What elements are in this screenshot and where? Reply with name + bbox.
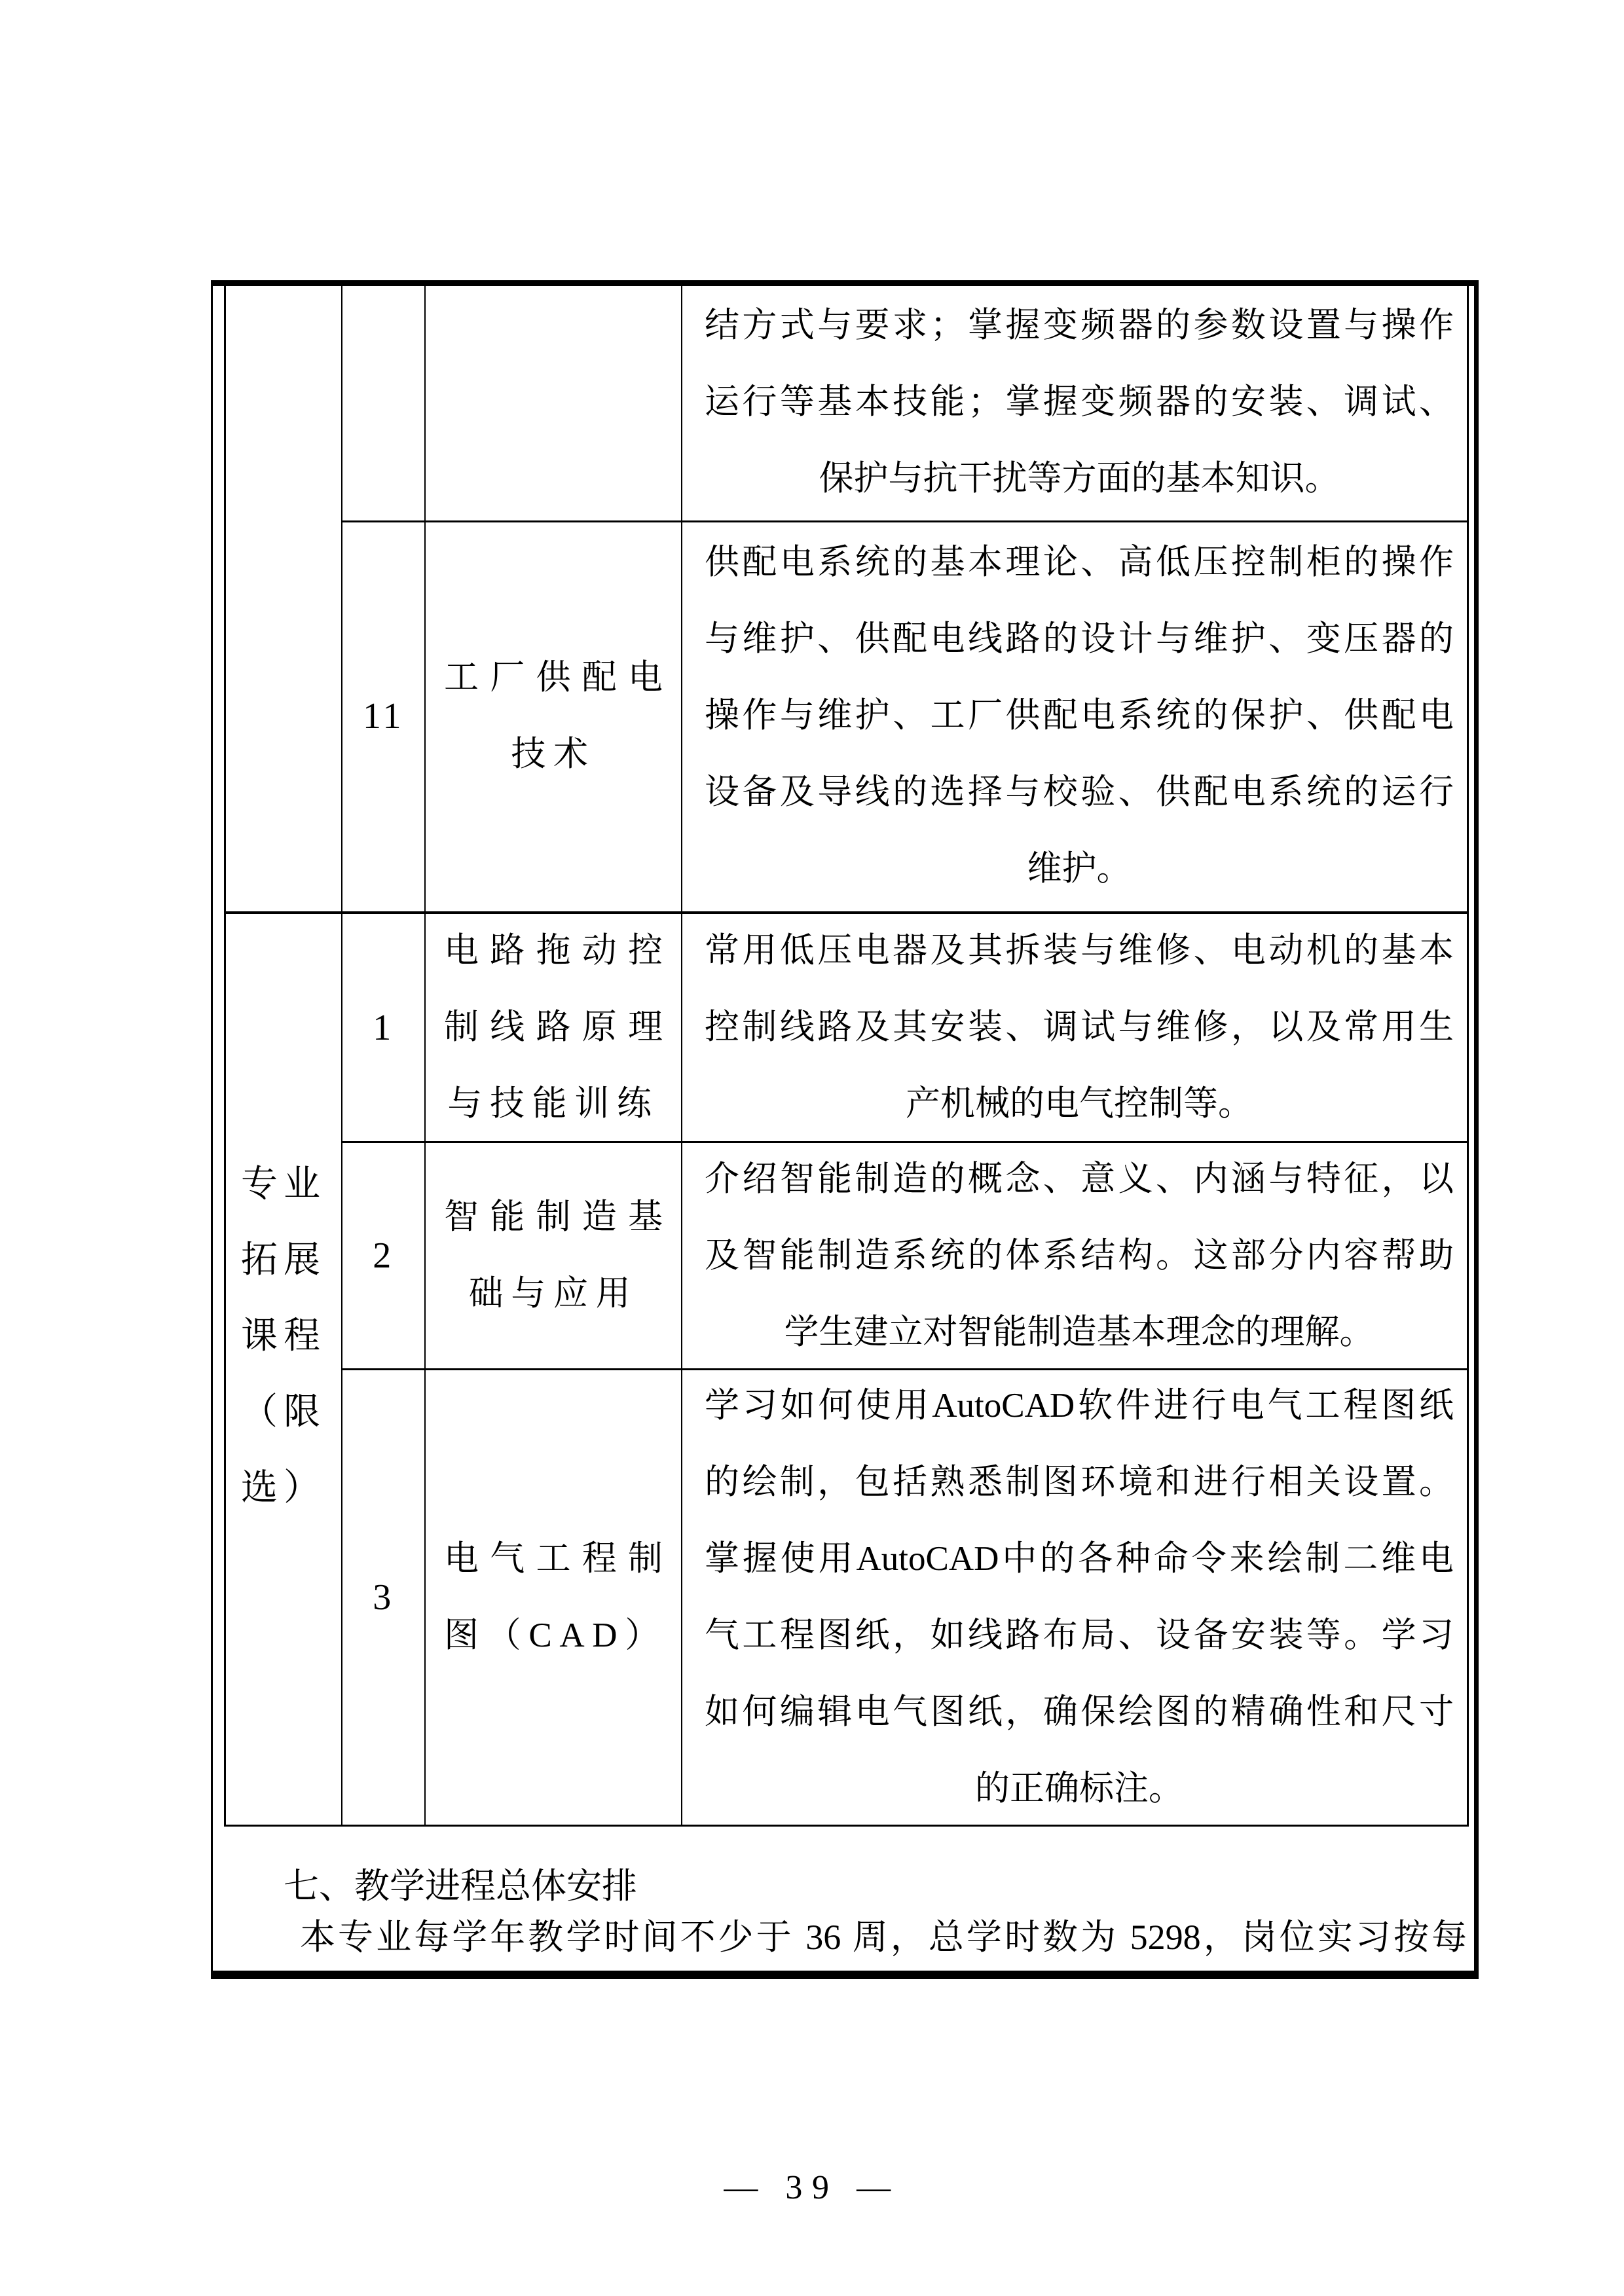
text-line: 维护。 [705, 831, 1454, 907]
page-number: — 39 — [0, 2168, 1624, 2207]
text-line: 图（CAD） [444, 1597, 663, 1674]
text-line: 智能制造基 [444, 1179, 663, 1256]
text-line: （限 [241, 1374, 326, 1450]
text-line: 础与应用 [444, 1256, 663, 1332]
text-line: 的绘制，包括熟悉制图环境和进行相关设置。 [705, 1444, 1454, 1521]
text-line: 结方式与要求；掌握变频器的参数设置与操作 [705, 287, 1454, 364]
text-line: 介绍智能制造的概念、意义、内涵与特征，以 [705, 1141, 1454, 1218]
text-line: 运行等基本技能；掌握变频器的安装、调试、 [705, 364, 1454, 441]
cell-index-11: 11 [342, 520, 424, 911]
cell-category-expansion: 专业拓展课程（限选） [226, 914, 341, 1825]
cell-description-continuation: 结方式与要求；掌握变频器的参数设置与操作运行等基本技能；掌握变频器的安装、调试、… [682, 284, 1467, 520]
text-line: 常用低压电器及其拆装与维修、电动机的基本 [705, 913, 1454, 989]
text-line: 学生建立对智能制造基本理念的理解。 [705, 1294, 1454, 1371]
cell-index-1: 1 [342, 914, 424, 1141]
cell-course-name-11: 工厂供配电技术 [426, 520, 681, 911]
cell-index-3: 3 [342, 1370, 424, 1825]
section-heading-teaching-schedule: 七、教学进程总体安排 [284, 1863, 637, 1909]
text-line: 控制线路及其安装、调试与维修，以及常用生 [705, 989, 1454, 1066]
text-line: 课程 [241, 1298, 326, 1374]
text-line: 电气工程制 [444, 1521, 663, 1597]
text-line: 产机械的电气控制等。 [705, 1066, 1454, 1142]
text-line: 供配电系统的基本理论、高低压控制柜的操作 [705, 524, 1454, 601]
text-line: 学习如何使用AutoCAD软件进行电气工程图纸 [705, 1368, 1454, 1444]
text-line: 保护与抗干扰等方面的基本知识。 [705, 441, 1454, 517]
text-line: 操作与维护、工厂供配电系统的保护、供配电 [705, 678, 1454, 754]
text-line: 设备及导线的选择与校验、供配电系统的运行 [705, 754, 1454, 831]
cell-description-3: 学习如何使用AutoCAD软件进行电气工程图纸的绘制，包括熟悉制图环境和进行相关… [682, 1370, 1467, 1825]
cell-index-2: 2 [342, 1143, 424, 1368]
text-line: 拓展 [241, 1222, 326, 1298]
text-line: 选） [241, 1450, 326, 1526]
text-line: 技术 [444, 716, 663, 793]
text-line: 工厂供配电 [444, 640, 663, 716]
text-line: 与维护、供配电线路的设计与维护、变压器的 [705, 601, 1454, 678]
table-right-border [1467, 282, 1469, 1827]
cell-course-name-3: 电气工程制图（CAD） [426, 1370, 681, 1825]
text-line: 的正确标注。 [705, 1751, 1454, 1827]
cell-description-1: 常用低压电器及其拆装与维修、电动机的基本控制线路及其安装、调试与维修，以及常用生… [682, 914, 1467, 1141]
text-line: 如何编辑电气图纸，确保绘图的精确性和尺寸 [705, 1674, 1454, 1751]
text-line: 及智能制造系统的体系结构。这部分内容帮助 [705, 1218, 1454, 1294]
text-line: 气工程图纸，如线路布局、设备安装等。学习 [705, 1597, 1454, 1674]
cell-description-2: 介绍智能制造的概念、意义、内涵与特征，以及智能制造系统的体系结构。这部分内容帮助… [682, 1143, 1467, 1368]
text-line: 制线路原理 [444, 989, 663, 1066]
cell-course-name-2: 智能制造基础与应用 [426, 1143, 681, 1368]
document-page: 结方式与要求；掌握变频器的参数设置与操作运行等基本技能；掌握变频器的安装、调试、… [0, 0, 1624, 2296]
cell-course-name-1: 电路拖动控制线路原理与技能训练 [426, 914, 681, 1141]
text-line: 专业 [241, 1146, 326, 1222]
text-line: 与技能训练 [444, 1066, 663, 1142]
text-line: 掌握使用AutoCAD中的各种命令来绘制二维电 [705, 1521, 1454, 1597]
paragraph-teaching-schedule: 本专业每学年教学时间不少于 36 周，总学时数为 5298，岗位实习按每 [300, 1914, 1467, 1960]
text-line: 电路拖动控 [444, 913, 663, 989]
cell-description-11: 供配电系统的基本理论、高低压控制柜的操作与维护、供配电线路的设计与维护、变压器的… [682, 520, 1467, 911]
